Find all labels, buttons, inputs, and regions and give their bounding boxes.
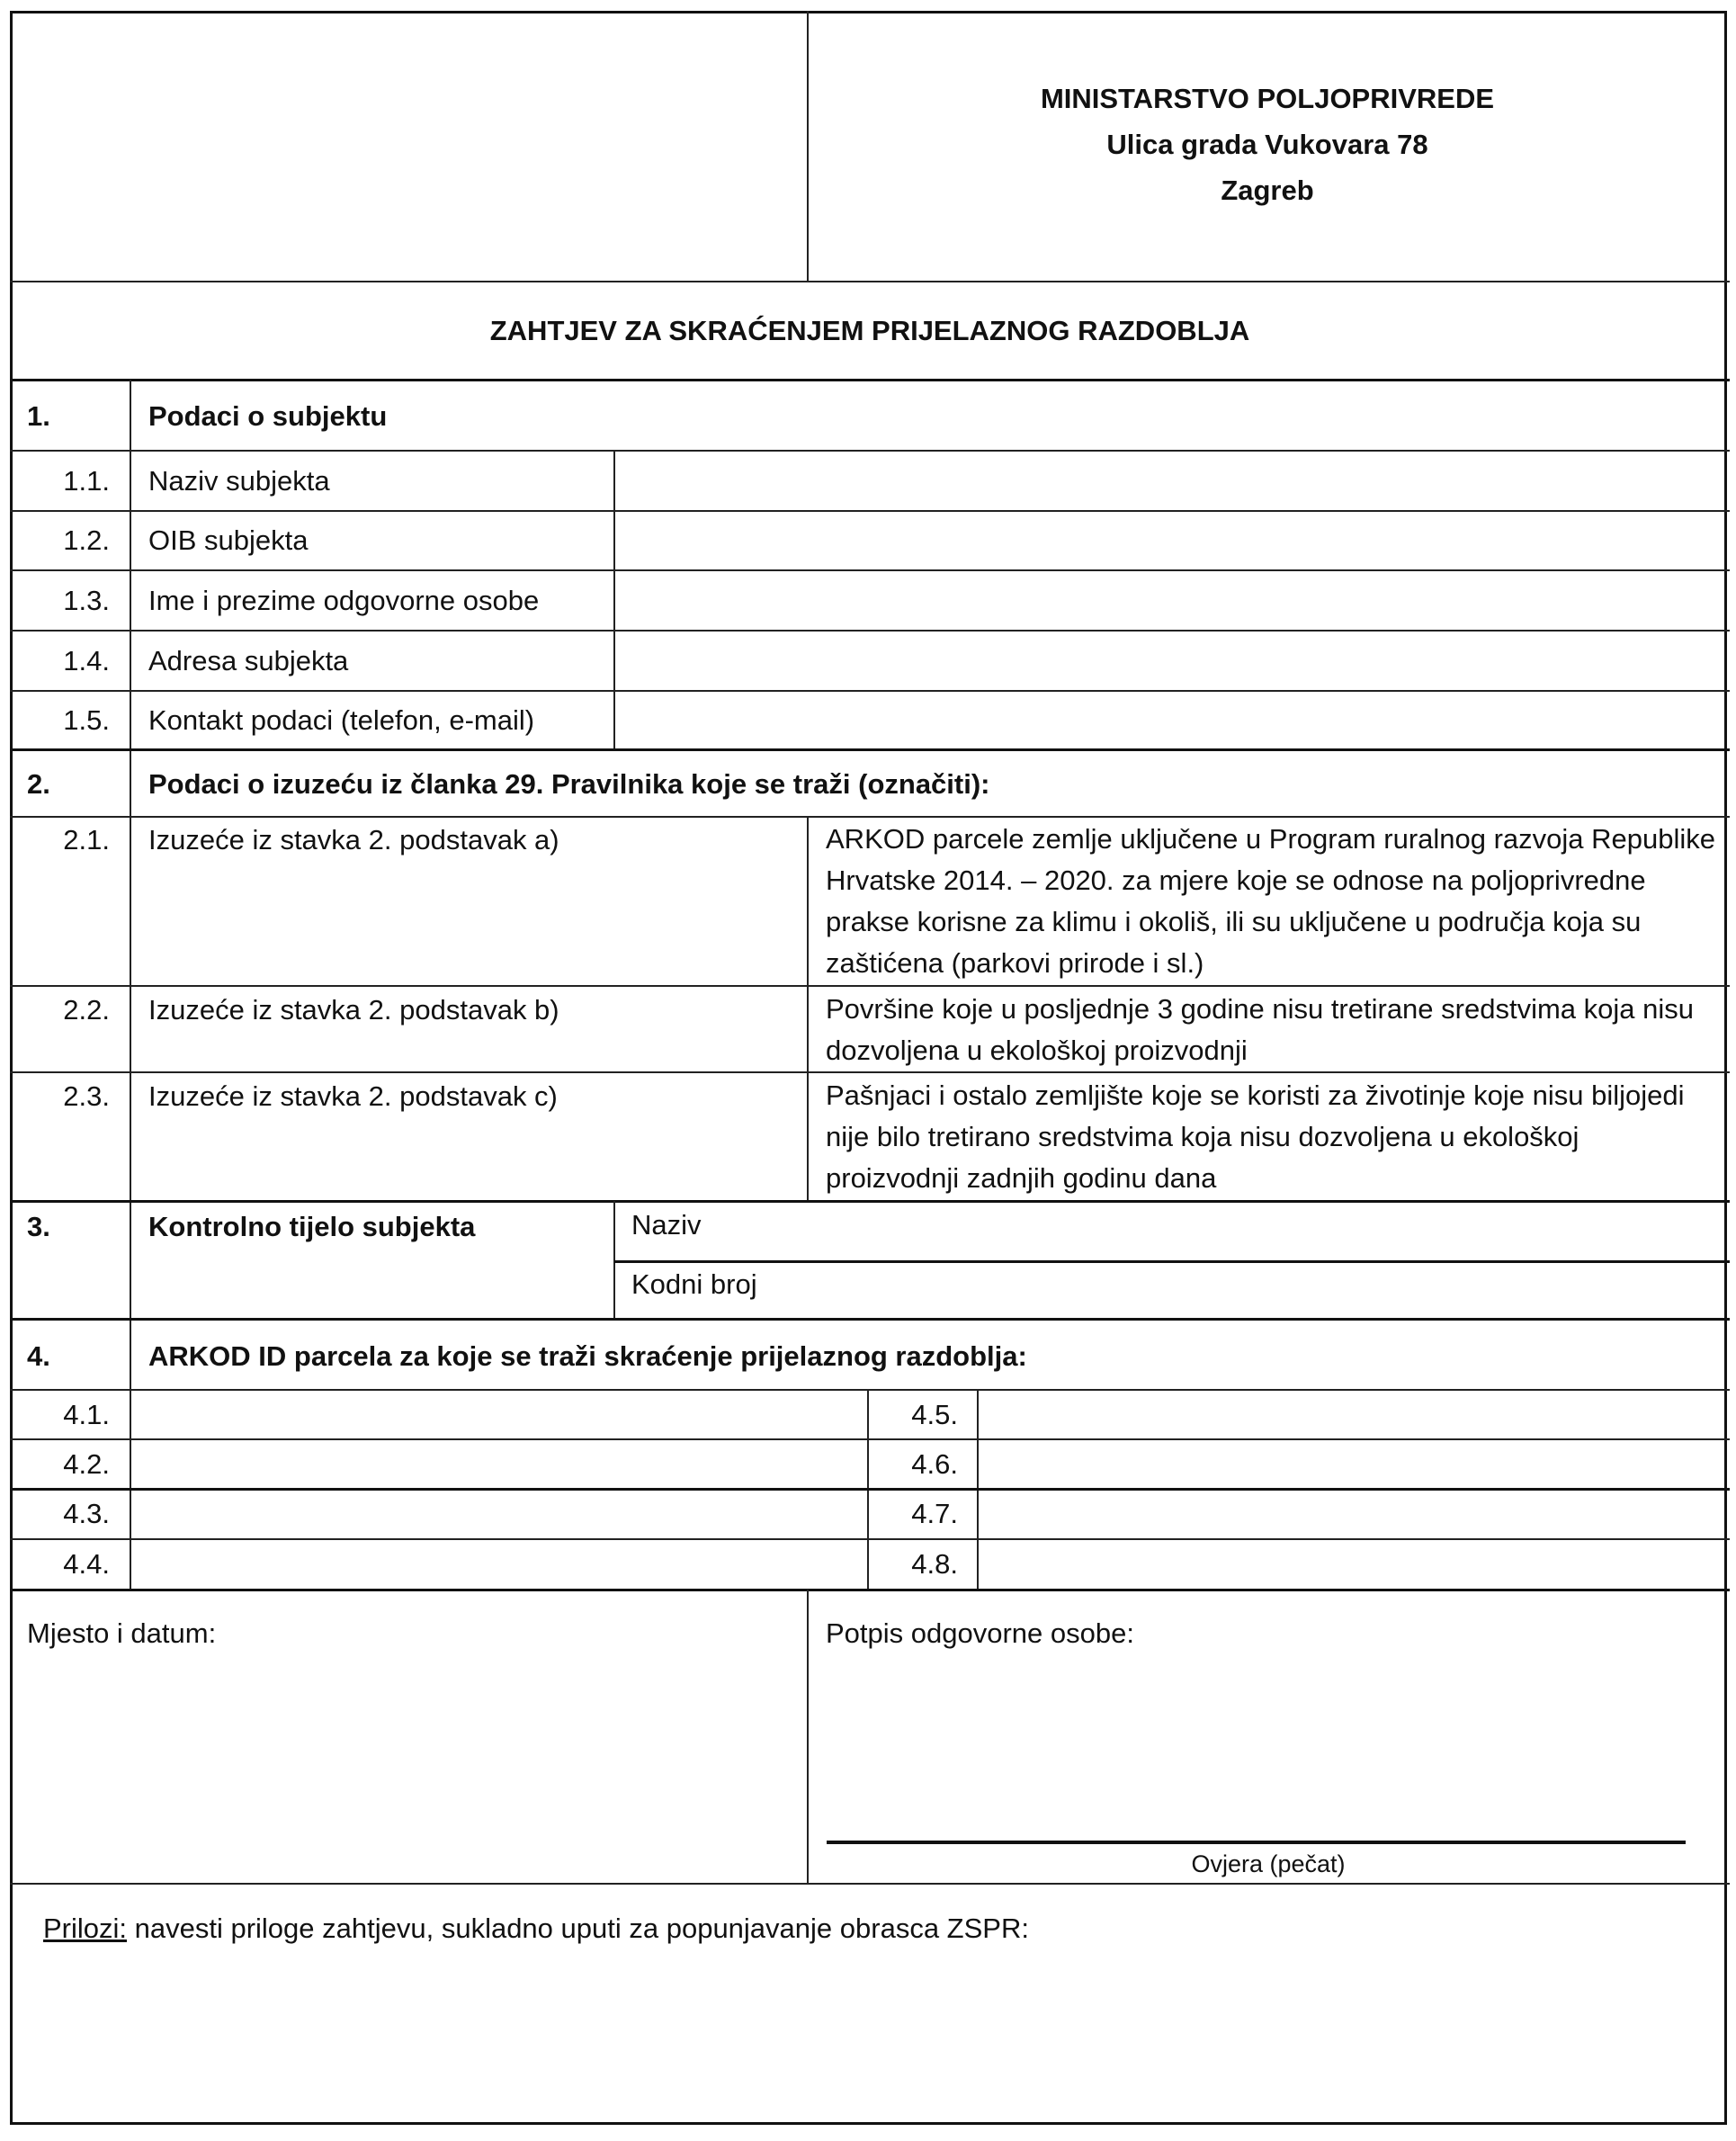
section-2-number: 2. <box>27 766 50 802</box>
parcel-id-field-4-4[interactable] <box>135 1542 867 1589</box>
control-body-name-label: Naziv <box>631 1207 702 1243</box>
stamp-label: Ovjera (pečat) <box>1016 1849 1520 1879</box>
row-number: 2.1. <box>11 822 110 858</box>
ministry-name: MINISTARSTVO POLJOPRIVREDE <box>809 81 1726 117</box>
parcel-number: 4.8. <box>859 1546 958 1582</box>
parcel-number: 4.7. <box>859 1496 958 1532</box>
exemption-description: ARKOD parcele zemlje uključene u Program… <box>826 819 1716 984</box>
attachments-field[interactable] <box>27 1957 1722 2118</box>
row-number: 1.4. <box>11 643 110 679</box>
parcel-id-field-4-1[interactable] <box>135 1393 867 1439</box>
row-label: Kontakt podaci (telefon, e-mail) <box>148 703 534 739</box>
divider <box>10 1200 1730 1203</box>
parcel-number: 4.6. <box>859 1447 958 1483</box>
divider <box>10 1071 1730 1073</box>
row-label: Ime i prezime odgovorne osobe <box>148 583 539 619</box>
divider <box>10 690 1730 692</box>
control-body-name-field[interactable] <box>738 1205 1726 1259</box>
place-date-field[interactable] <box>18 1660 804 1879</box>
parcel-number: 4.2. <box>11 1447 110 1483</box>
divider <box>10 985 1730 987</box>
parcel-id-field-4-7[interactable] <box>982 1492 1728 1539</box>
divider <box>10 379 1730 381</box>
divider <box>10 748 1730 751</box>
divider <box>10 816 1730 818</box>
parcel-id-field-4-6[interactable] <box>982 1442 1728 1489</box>
attachments-note: Prilozi: navesti priloge zahtjevu, sukla… <box>43 1911 1029 1947</box>
exemption-description: Pašnjaci i ostalo zemljište koje se kori… <box>826 1075 1716 1199</box>
row-number: 2.2. <box>11 992 110 1028</box>
parcel-id-field-4-2[interactable] <box>135 1442 867 1489</box>
signature-area[interactable] <box>816 1660 1715 1835</box>
exemption-label: Izuzeće iz stavka 2. podstavak b) <box>148 992 559 1028</box>
parcel-number: 4.5. <box>859 1397 958 1433</box>
divider <box>10 1318 1730 1321</box>
parcel-id-field-4-3[interactable] <box>135 1492 867 1539</box>
parcel-id-field-4-5[interactable] <box>982 1393 1728 1439</box>
parcel-number: 4.4. <box>11 1546 110 1582</box>
exemption-label: Izuzeće iz stavka 2. podstavak c) <box>148 1079 558 1115</box>
row-number: 1.2. <box>11 523 110 559</box>
divider <box>10 1883 1730 1885</box>
parcel-id-field-4-8[interactable] <box>982 1542 1728 1589</box>
divider <box>10 281 1730 282</box>
row-label: OIB subjekta <box>148 523 308 559</box>
logo-area <box>13 13 806 280</box>
responsible-person-field[interactable] <box>621 574 1726 628</box>
divider <box>10 1589 1730 1591</box>
subject-name-field[interactable] <box>621 454 1726 508</box>
divider <box>10 569 1730 571</box>
subject-oib-field[interactable] <box>621 514 1726 568</box>
section-1-title: Podaci o subjektu <box>148 399 387 434</box>
row-number: 1.5. <box>11 703 110 739</box>
section-3-number: 3. <box>27 1209 50 1245</box>
form-title: ZAHTJEV ZA SKRAĆENJEM PRIJELAZNOG RAZDOB… <box>10 313 1730 349</box>
contact-field[interactable] <box>621 694 1726 748</box>
place-date-label: Mjesto i datum: <box>27 1616 216 1652</box>
description-column-divider <box>807 817 809 1201</box>
divider <box>807 1590 809 1884</box>
row-label: Naziv subjekta <box>148 463 330 499</box>
divider <box>10 1389 1730 1391</box>
row-label: Adresa subjekta <box>148 643 348 679</box>
divider <box>614 1260 1730 1263</box>
section-4-number: 4. <box>27 1339 50 1375</box>
section-3-title: Kontrolno tijelo subjekta <box>148 1209 475 1245</box>
divider <box>10 1438 1730 1440</box>
parcel-number: 4.3. <box>11 1496 110 1532</box>
exemption-label: Izuzeće iz stavka 2. podstavak a) <box>148 822 559 858</box>
exemption-description: Površine koje u posljednje 3 godine nisu… <box>826 989 1716 1071</box>
control-body-code-label: Kodni broj <box>631 1267 757 1303</box>
divider <box>10 1488 1730 1491</box>
divider <box>10 450 1730 452</box>
divider <box>10 630 1730 632</box>
divider <box>10 1538 1730 1540</box>
signature-label: Potpis odgovorne osobe: <box>826 1616 1134 1652</box>
row-number: 1.3. <box>11 583 110 619</box>
subject-address-field[interactable] <box>621 634 1726 688</box>
signature-line <box>827 1841 1686 1844</box>
section-1-number: 1. <box>27 399 50 434</box>
section-2-title: Podaci o izuzeću iz članka 29. Pravilnik… <box>148 766 990 802</box>
row-number: 2.3. <box>11 1079 110 1115</box>
divider <box>10 510 1730 512</box>
attachments-label: Prilozi: <box>43 1913 127 1944</box>
control-body-code-field[interactable] <box>792 1265 1726 1317</box>
parcel-number: 4.1. <box>11 1397 110 1433</box>
row-number: 1.1. <box>11 463 110 499</box>
ministry-street: Ulica grada Vukovara 78 <box>809 127 1726 163</box>
section-4-title: ARKOD ID parcela za koje se traži skraće… <box>148 1339 1027 1375</box>
value-column-divider <box>613 451 615 749</box>
ministry-city: Zagreb <box>809 173 1726 209</box>
attachments-text: navesti priloge zahtjevu, sukladno uputi… <box>127 1913 1029 1944</box>
